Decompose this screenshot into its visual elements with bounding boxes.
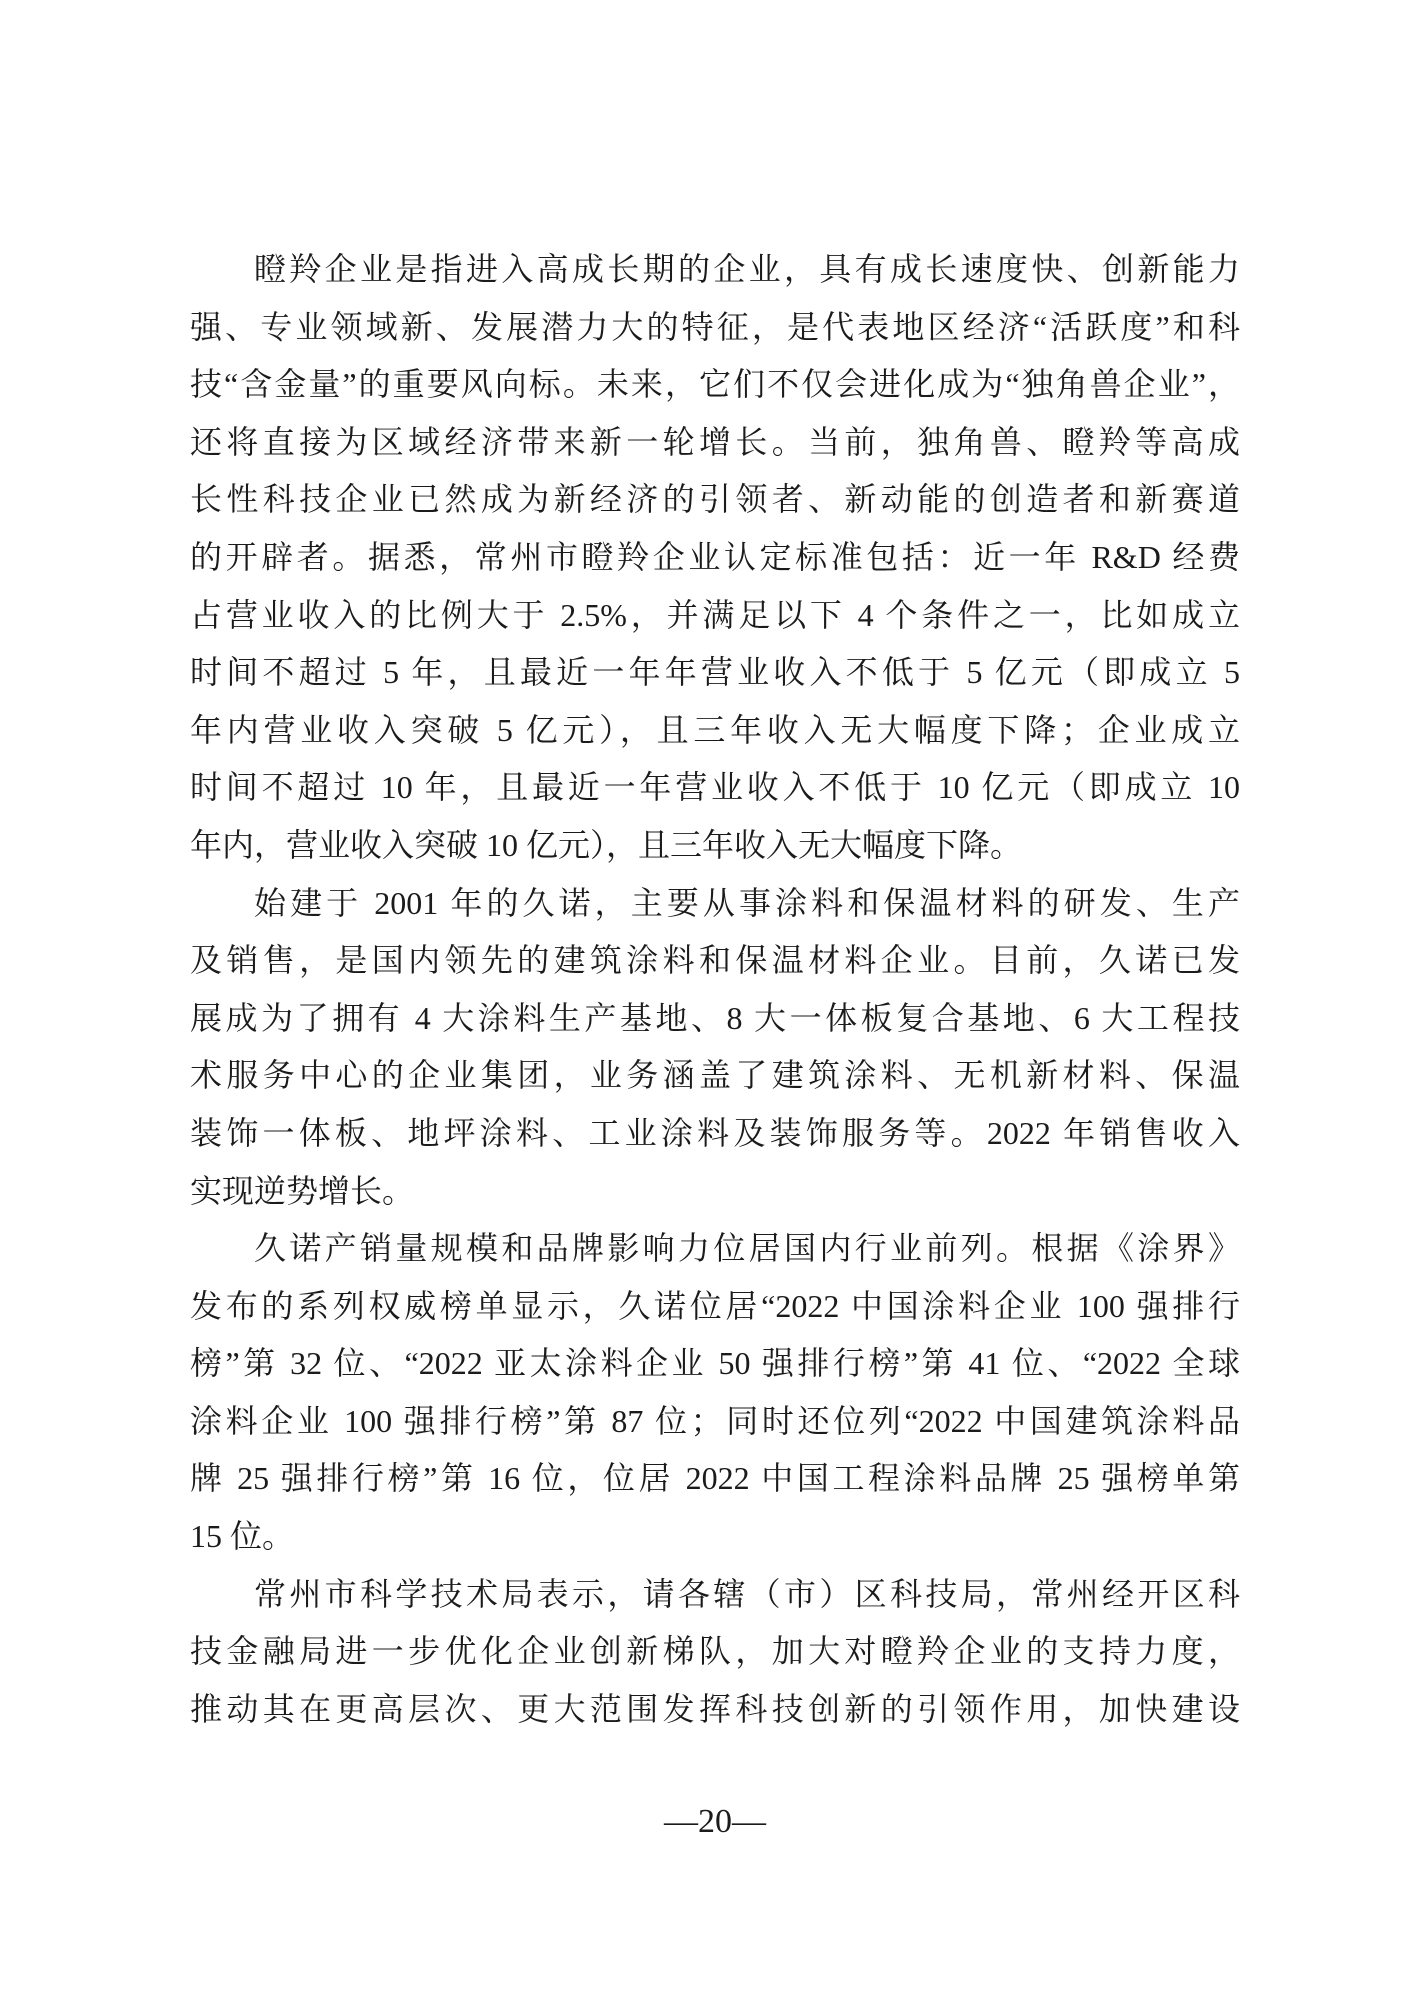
text-line: 装饰一体板、地坪涂料、工业涂料及装饰服务等。2022 年销售收入 <box>190 1105 1240 1163</box>
text-line: 的开辟者。据悉，常州市瞪羚企业认定标准包括：近一年 R&D 经费 <box>190 529 1240 587</box>
text-line: 占营业收入的比例大于 2.5%，并满足以下 4 个条件之一，比如成立 <box>190 587 1240 645</box>
document-page: 瞪羚企业是指进入高成长期的企业，具有成长速度快、创新能力 强、专业领域新、发展潜… <box>0 0 1415 2000</box>
text-line: 强、专业领域新、发展潜力大的特征，是代表地区经济“活跃度”和科 <box>190 299 1240 357</box>
text-line: 牌 25 强排行榜”第 16 位，位居 2022 中国工程涂料品牌 25 强榜单… <box>190 1450 1240 1508</box>
text-line: 推动其在更高层次、更大范围发挥科技创新的引领作用，加快建设 <box>190 1681 1240 1739</box>
text-line: 瞪羚企业是指进入高成长期的企业，具有成长速度快、创新能力 <box>190 241 1240 299</box>
text-line: 年内营业收入突破 5 亿元），且三年收入无大幅度下降；企业成立 <box>190 702 1240 760</box>
text-line: 久诺产销量规模和品牌影响力位居国内行业前列。根据《涂界》 <box>190 1220 1240 1278</box>
text-line: 15 位。 <box>190 1508 1240 1566</box>
text-line: 常州市科学技术局表示，请各辖（市）区科技局，常州经开区科 <box>190 1566 1240 1624</box>
text-line: 年内，营业收入突破 10 亿元），且三年收入无大幅度下降。 <box>190 817 1240 875</box>
text-line: 术服务中心的企业集团，业务涵盖了建筑涂料、无机新材料、保温 <box>190 1047 1240 1105</box>
text-line: 长性科技企业已然成为新经济的引领者、新动能的创造者和新赛道 <box>190 471 1240 529</box>
text-line: 技“含金量”的重要风向标。未来，它们不仅会进化成为“独角兽企业”， <box>190 356 1240 414</box>
text-line: 展成为了拥有 4 大涂料生产基地、8 大一体板复合基地、6 大工程技 <box>190 990 1240 1048</box>
text-line: 时间不超过 5 年，且最近一年年营业收入不低于 5 亿元（即成立 5 <box>190 644 1240 702</box>
text-line: 及销售，是国内领先的建筑涂料和保温材料企业。目前，久诺已发 <box>190 932 1240 990</box>
text-line: 实现逆势增长。 <box>190 1163 1240 1221</box>
document-body: 瞪羚企业是指进入高成长期的企业，具有成长速度快、创新能力 强、专业领域新、发展潜… <box>190 241 1240 1738</box>
text-line: 发布的系列权威榜单显示，久诺位居“2022 中国涂料企业 100 强排行 <box>190 1278 1240 1336</box>
text-line: 技金融局进一步优化企业创新梯队，加大对瞪羚企业的支持力度， <box>190 1623 1240 1681</box>
page-number: —20— <box>664 1803 766 1840</box>
text-line: 还将直接为区域经济带来新一轮增长。当前，独角兽、瞪羚等高成 <box>190 414 1240 472</box>
text-line: 始建于 2001 年的久诺，主要从事涂料和保温材料的研发、生产 <box>190 875 1240 933</box>
text-line: 时间不超过 10 年，且最近一年营业收入不低于 10 亿元（即成立 10 <box>190 759 1240 817</box>
text-line: 榜”第 32 位、“2022 亚太涂料企业 50 强排行榜”第 41 位、“20… <box>190 1335 1240 1393</box>
text-line: 涂料企业 100 强排行榜”第 87 位；同时还位列“2022 中国建筑涂料品 <box>190 1393 1240 1451</box>
page-footer: —20— <box>190 1800 1240 1844</box>
